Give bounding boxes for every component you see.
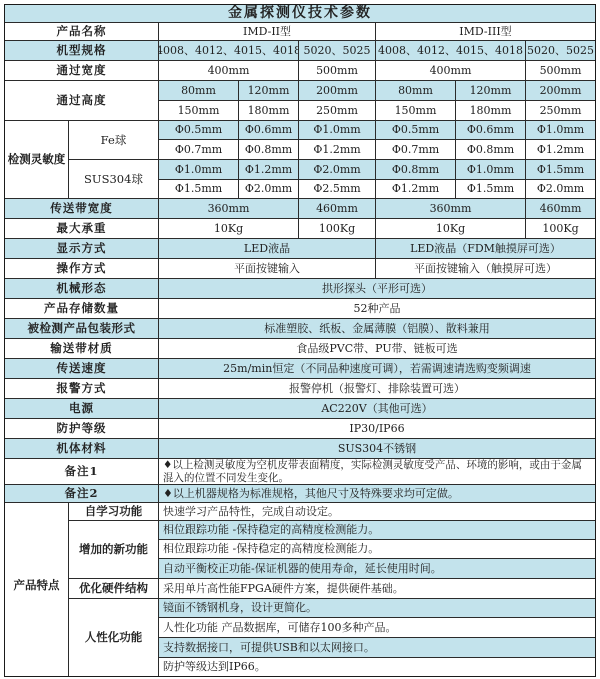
- model-imd2-name: IMD-II型: [158, 22, 376, 41]
- feature-label-humanized: 人性化功能: [68, 598, 159, 677]
- cell: 400mm: [158, 60, 299, 81]
- cell: 500mm: [298, 60, 376, 81]
- cell: Φ2.5mm: [298, 179, 376, 199]
- cell: SUS304不锈钢: [158, 438, 596, 459]
- cell: IP30/IP66: [158, 418, 596, 439]
- row-label-sensitivity: 检测灵敏度: [4, 120, 69, 199]
- row-label-max-load: 最大承重: [4, 218, 159, 239]
- note1-text: ♦以上检测灵敏度为空机皮带表面精度，实际检测灵敏度受产品、环境的影响，或由于金属…: [158, 458, 596, 485]
- cell: Φ1.2mm: [375, 179, 456, 199]
- model-imd3-name: IMD-III型: [375, 22, 596, 41]
- cell: 500mm: [525, 60, 596, 81]
- row-label-product-name: 产品名称: [4, 22, 159, 41]
- cell: 拱形探头（平形可选）: [158, 278, 596, 299]
- feature-item: 防护等级达到IP66。: [158, 657, 596, 677]
- cell: 460mm: [298, 198, 376, 219]
- cell: 80mm: [158, 80, 239, 101]
- row-label-model: 机型规格: [4, 40, 159, 61]
- row-label-power: 电源: [4, 398, 159, 419]
- cell: 平面按键输入（触摸屏可选）: [375, 258, 596, 279]
- row-label-protection: 防护等级: [4, 418, 159, 439]
- cell: Φ1.0mm: [455, 159, 526, 180]
- cell: 10Kg: [158, 218, 299, 239]
- feature-item: 相位跟踪功能 -保持稳定的高精度检测能力。: [158, 520, 596, 540]
- feature-item: 相位跟踪功能 -保持稳定的高精度检测能力。: [158, 539, 596, 559]
- cell: 150mm: [375, 100, 456, 121]
- cell: 食品级PVC带、PU带、链板可选: [158, 338, 596, 359]
- cell: Φ0.8mm: [238, 139, 299, 160]
- sublabel-sus304-ball: SUS304球: [68, 159, 159, 199]
- cell: 180mm: [455, 100, 526, 121]
- row-label-note2: 备注2: [4, 484, 159, 503]
- row-label-belt-width: 传送带宽度: [4, 198, 159, 219]
- cell: 100Kg: [525, 218, 596, 239]
- cell: 100Kg: [298, 218, 376, 239]
- cell: Φ0.8mm: [375, 159, 456, 180]
- row-label-pass-height: 通过高度: [4, 80, 159, 121]
- cell: Φ1.5mm: [455, 179, 526, 199]
- cell: Φ0.7mm: [158, 139, 239, 160]
- cell: Φ0.6mm: [455, 120, 526, 140]
- feature-label-self-learning: 自学习功能: [68, 502, 159, 521]
- cell: 200mm: [525, 80, 596, 101]
- cell: Φ1.0mm: [298, 120, 376, 140]
- feature-item: 镜面不锈钢机身，设计更简化。: [158, 598, 596, 618]
- cell: Φ0.8mm: [455, 139, 526, 160]
- feature-item: 人性化功能 产品数据库，可储存100多种产品。: [158, 617, 596, 638]
- cell: Φ0.7mm: [375, 139, 456, 160]
- cell: 80mm: [375, 80, 456, 101]
- cell: 25m/min恒定（不同品种速度可调），若需调速请选购变频调速: [158, 358, 596, 379]
- cell: 平面按键输入: [158, 258, 376, 279]
- cell: Φ2.0mm: [238, 179, 299, 199]
- row-label-alarm: 报警方式: [4, 378, 159, 399]
- cell: 250mm: [298, 100, 376, 121]
- cell: 360mm: [158, 198, 299, 219]
- cell: Φ1.2mm: [298, 139, 376, 160]
- row-label-speed: 传送速度: [4, 358, 159, 379]
- cell: AC220V（其他可选）: [158, 398, 596, 419]
- cell: 4008、4012、4015、4018: [158, 40, 299, 61]
- cell: 4008、4012、4015、4018: [375, 40, 526, 61]
- cell: 360mm: [375, 198, 526, 219]
- feature-label-new-functions: 增加的新功能: [68, 520, 159, 579]
- row-label-body-material: 机体材料: [4, 438, 159, 459]
- feature-item: 自动平衡校正功能-保证机器的使用寿命，延长使用时间。: [158, 558, 596, 579]
- cell: Φ0.5mm: [158, 120, 239, 140]
- cell: 120mm: [455, 80, 526, 101]
- row-label-packaging: 被检测产品包装形式: [4, 318, 159, 339]
- cell: Φ2.0mm: [525, 179, 596, 199]
- cell: Φ0.6mm: [238, 120, 299, 140]
- cell: 5020、5025: [298, 40, 376, 61]
- cell: Φ1.2mm: [525, 139, 596, 160]
- cell: 5020、5025: [525, 40, 596, 61]
- cell: 200mm: [298, 80, 376, 101]
- row-label-features: 产品特点: [4, 502, 69, 677]
- cell: 400mm: [375, 60, 526, 81]
- row-label-belt-material: 输送带材质: [4, 338, 159, 359]
- cell: 180mm: [238, 100, 299, 121]
- feature-item: 快速学习产品特性，完成自动设定。: [158, 502, 596, 521]
- row-label-storage: 产品存储数量: [4, 298, 159, 319]
- feature-item: 采用单片高性能FPGA硬件方案，提供硬件基础。: [158, 578, 596, 599]
- cell: 52种产品: [158, 298, 596, 319]
- cell: Φ1.2mm: [238, 159, 299, 180]
- row-label-display: 显示方式: [4, 238, 159, 259]
- cell: 10Kg: [375, 218, 526, 239]
- table-title: 金属探测仪技术参数: [4, 4, 596, 23]
- cell: 250mm: [525, 100, 596, 121]
- cell: Φ2.0mm: [298, 159, 376, 180]
- row-label-operation: 操作方式: [4, 258, 159, 279]
- cell: 120mm: [238, 80, 299, 101]
- cell: 报警停机（报警灯、排除装置可选）: [158, 378, 596, 399]
- cell: Φ1.5mm: [525, 159, 596, 180]
- cell: 标准塑胶、纸板、金属薄膜（铝膜）、散料兼用: [158, 318, 596, 339]
- row-label-note1: 备注1: [4, 458, 159, 485]
- cell: Φ1.0mm: [525, 120, 596, 140]
- feature-item: 支持数据接口，可提供USB和以太网接口。: [158, 637, 596, 658]
- cell: Φ1.5mm: [158, 179, 239, 199]
- cell: LED液晶: [158, 238, 376, 259]
- cell: Φ0.5mm: [375, 120, 456, 140]
- row-label-mechanical: 机械形态: [4, 278, 159, 299]
- cell: 460mm: [525, 198, 596, 219]
- sublabel-fe-ball: Fe球: [68, 120, 159, 160]
- cell: 150mm: [158, 100, 239, 121]
- cell: Φ1.0mm: [158, 159, 239, 180]
- note2-text: ♦以上机器规格为标准规格，其他尺寸及特殊要求均可定做。: [158, 484, 596, 503]
- row-label-pass-width: 通过宽度: [4, 60, 159, 81]
- feature-label-hardware: 优化硬件结构: [68, 578, 159, 599]
- cell: LED液晶（FDM触摸屏可选）: [375, 238, 596, 259]
